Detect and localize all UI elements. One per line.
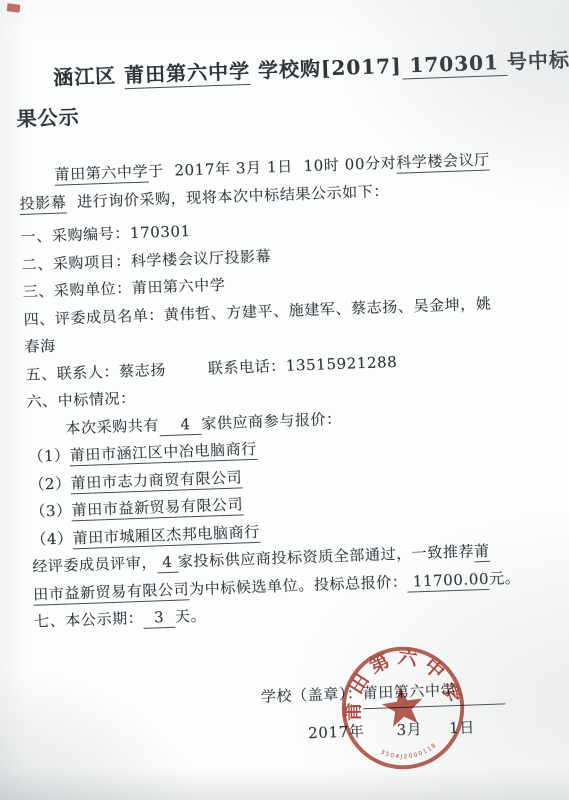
- review-text-1: 经评委成员评审，: [32, 553, 157, 575]
- intro-project-part1: 科学楼会议厅: [396, 151, 490, 174]
- school-seal: 莆田第六中学 3504J2000118: [326, 631, 480, 785]
- intro-school-name: 莆田第六中学: [54, 162, 148, 185]
- publicity-suffix: 天。: [175, 607, 207, 626]
- red-scan-artifact: [7, 3, 21, 13]
- review-count: 4: [157, 553, 179, 574]
- publicity-days: 3: [143, 608, 175, 629]
- supplier-index: （1）: [28, 446, 70, 465]
- seal-star-icon: [380, 684, 426, 728]
- title-suffix-2: 果公示: [16, 105, 80, 131]
- supplier-name: 莆田市城厢区杰邦电脑商行: [72, 522, 260, 549]
- title-school-name: 莆田第六中学: [124, 59, 251, 89]
- total-price: 11700.00: [407, 569, 489, 592]
- supplier-name: 莆田市益新贸易有限公司: [71, 495, 243, 521]
- title-district: 涵江区: [53, 63, 125, 89]
- supplier-name: 莆田市涵江区中冶电脑商行: [69, 440, 257, 467]
- document-content: 涵江区 莆田第六中学 学校购[2017] 170301 号中标结 果公示 莆田第…: [15, 41, 545, 757]
- committee-names-2: 春海: [24, 337, 56, 356]
- numbered-items: 一、采购编号：170301 二、采购项目：科学楼会议厅投影幕 三、采购单位：莆田…: [20, 206, 540, 636]
- supplier-count-post: 家供应商参与报价：: [201, 409, 342, 432]
- supplier-index: （4）: [31, 529, 73, 548]
- contact-name: 蔡志扬: [119, 360, 166, 380]
- title-suffix: 号中标结: [506, 47, 569, 74]
- supplier-index: （3）: [30, 501, 72, 520]
- review-text-3: 为中标候选单位。投标总报价：: [189, 572, 408, 598]
- supplier-index: （2）: [29, 474, 71, 493]
- supplier-count-value: 4: [159, 414, 202, 435]
- scanned-document-page: 涵江区 莆田第六中学 学校购[2017] 170301 号中标结 果公示 莆田第…: [0, 0, 569, 800]
- result-heading: 六、中标情况：: [26, 389, 136, 411]
- phone-label: 联系电话：: [208, 356, 287, 377]
- review-text-4: 元。: [489, 568, 521, 587]
- publicity-label: 七、本公示期：: [34, 609, 144, 631]
- project-value: 科学楼会议厅投影幕: [131, 247, 272, 270]
- supplier-name: 莆田市志力商贸有限公司: [70, 468, 242, 494]
- unit-value: 莆田第六中学: [131, 276, 225, 297]
- intro-project-part2: 投影幕: [19, 193, 66, 215]
- contact-spacer: [166, 373, 208, 374]
- committee-label: 四、评委成员名单：: [23, 306, 164, 329]
- phone-value: 13515921288: [286, 352, 398, 374]
- purchase-no-value: 170301: [130, 222, 191, 242]
- supplier-count-pre: 本次采购共有: [65, 416, 159, 437]
- winner-name-part2: 田市益新贸易有限公司: [33, 580, 190, 605]
- review-text-2: 家投标供应商投标资质全部通过，一致推荐: [178, 542, 475, 570]
- title-doc-number: 170301: [401, 50, 507, 80]
- purchase-no-label: 一、采购编号：: [20, 224, 130, 246]
- title-doc-type: 学校购[2017]: [250, 54, 402, 83]
- project-label: 二、采购项目：: [21, 252, 131, 274]
- contact-label: 五、联系人：: [25, 362, 119, 383]
- unit-label: 三、采购单位：: [22, 279, 132, 301]
- intro-datetime: 于 2017年 3月 1日 10时 00分对: [148, 154, 397, 181]
- winner-name-part1: 莆: [474, 542, 490, 563]
